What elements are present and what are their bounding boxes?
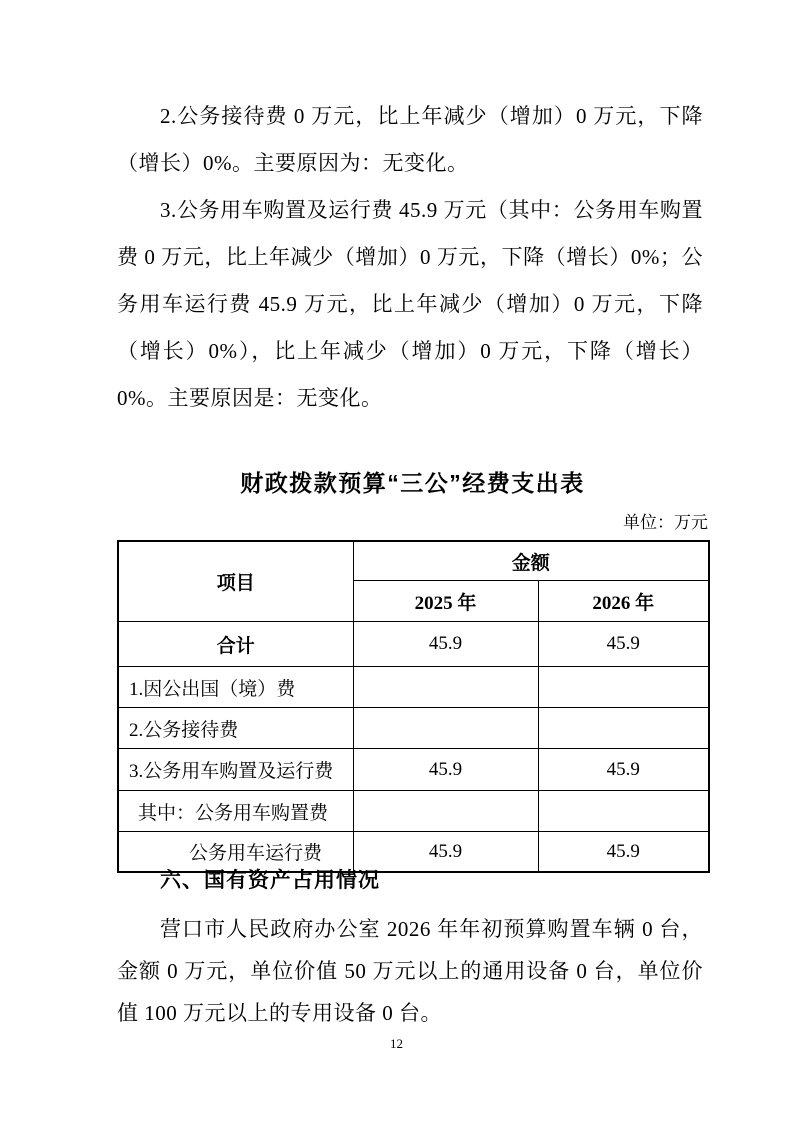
table-header-row-1: 项目 金额 bbox=[118, 541, 709, 581]
row-label-vehicle-total: 3.公务用车购置及运行费 bbox=[118, 749, 353, 791]
cell-total-2025: 45.9 bbox=[353, 622, 538, 667]
document-page: 2.公务接待费 0 万元，比上年减少（增加）0 万元，下降（增长）0%。主要原因… bbox=[0, 0, 793, 1122]
expense-table-title: 财政拨款预算“三公”经费支出表 bbox=[117, 465, 708, 498]
cell-abroad-2026 bbox=[538, 667, 709, 708]
header-cell-item: 项目 bbox=[118, 541, 353, 622]
cell-vehicle-total-2026: 45.9 bbox=[538, 749, 709, 791]
cell-reception-2026 bbox=[538, 708, 709, 749]
paragraph-state-assets: 营口市人民政府办公室 2026 年年初预算购置车辆 0 台，金额 0 万元，单位… bbox=[117, 908, 703, 1034]
cell-total-2026: 45.9 bbox=[538, 622, 709, 667]
cell-abroad-2025 bbox=[353, 667, 538, 708]
table-row-abroad: 1.因公出国（境）费 bbox=[118, 667, 709, 708]
row-label-abroad: 1.因公出国（境）费 bbox=[118, 667, 353, 708]
cell-reception-2025 bbox=[353, 708, 538, 749]
cell-vehicle-purchase-2025 bbox=[353, 791, 538, 832]
header-cell-year-2026: 2026 年 bbox=[538, 581, 709, 622]
intro-paragraphs: 2.公务接待费 0 万元，比上年减少（增加）0 万元，下降（增长）0%。主要原因… bbox=[117, 93, 703, 422]
row-label-total: 合计 bbox=[118, 622, 353, 667]
paragraph-reception-expense: 2.公务接待费 0 万元，比上年减少（增加）0 万元，下降（增长）0%。主要原因… bbox=[117, 93, 703, 187]
table-row-total: 合计 45.9 45.9 bbox=[118, 622, 709, 667]
row-label-vehicle-purchase: 其中：公务用车购置费 bbox=[118, 791, 353, 832]
header-cell-amount: 金额 bbox=[353, 541, 709, 581]
three-public-expense-table: 项目 金额 2025 年 2026 年 合计 45.9 45.9 1.因公出国（… bbox=[117, 540, 710, 873]
section-heading-state-assets: 六、国有资产占用情况 bbox=[117, 866, 703, 896]
header-cell-year-2025: 2025 年 bbox=[353, 581, 538, 622]
table-row-vehicle-purchase: 其中：公务用车购置费 bbox=[118, 791, 709, 832]
paragraph-vehicle-expense: 3.公务用车购置及运行费 45.9 万元（其中：公务用车购置费 0 万元，比上年… bbox=[117, 187, 703, 422]
row-label-reception: 2.公务接待费 bbox=[118, 708, 353, 749]
cell-vehicle-purchase-2026 bbox=[538, 791, 709, 832]
table-unit-label: 单位：万元 bbox=[117, 508, 708, 533]
table-row-reception: 2.公务接待费 bbox=[118, 708, 709, 749]
state-assets-section: 六、国有资产占用情况 营口市人民政府办公室 2026 年年初预算购置车辆 0 台… bbox=[117, 866, 703, 1034]
table-row-vehicle-total: 3.公务用车购置及运行费 45.9 45.9 bbox=[118, 749, 709, 791]
cell-vehicle-total-2025: 45.9 bbox=[353, 749, 538, 791]
page-number: 12 bbox=[0, 1036, 793, 1052]
